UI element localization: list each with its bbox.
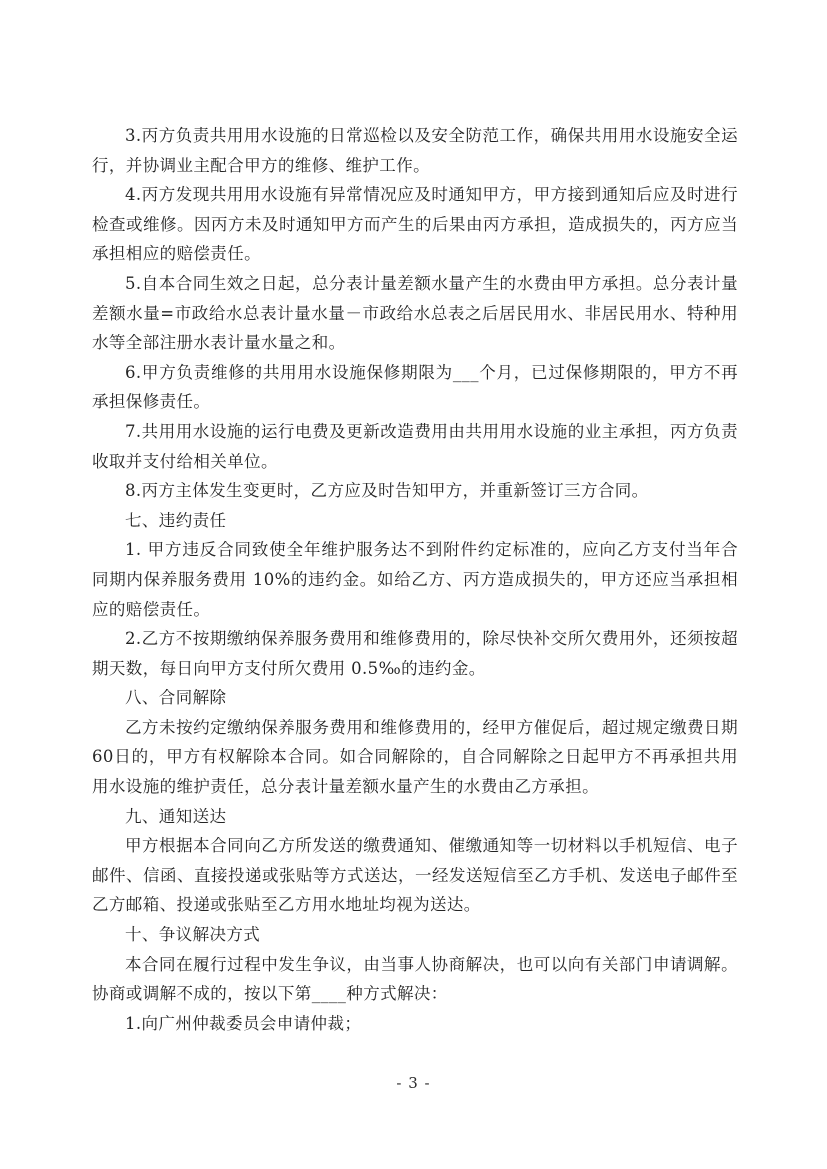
document-page: 3.丙方负责共用用水设施的日常巡检以及安全防范工作，确保共用用水设施安全运行，并… <box>0 0 827 1169</box>
clause-6: 6.甲方负责维修的共用用水设施保修期限为___个月，已过保修期限的，甲方不再承担… <box>92 358 738 417</box>
breach-clause-1: 1. 甲方违反合同致使全年维护服务达不到附件约定标准的，应向乙方支付当年合同期内… <box>92 535 738 624</box>
notice-delivery-paragraph: 甲方根据本合同向乙方所发送的缴费通知、催缴通知等一切材料以手机短信、电子邮件、信… <box>92 831 738 920</box>
clause-4: 4.丙方发现共用用水设施有异常情况应及时通知甲方，甲方接到通知后应及时进行检查或… <box>92 180 738 269</box>
section-heading-7-breach-liability: 七、违约责任 <box>92 506 738 536</box>
termination-paragraph: 乙方未按约定缴纳保养服务费用和维修费用的，经甲方催促后，超过规定缴费日期 60日… <box>92 713 738 802</box>
document-body: 3.丙方负责共用用水设施的日常巡检以及安全防范工作，确保共用用水设施安全运行，并… <box>92 121 738 1038</box>
clause-5: 5.自本合同生效之日起，总分表计量差额水量产生的水费由甲方承担。总分表计量差额水… <box>92 269 738 358</box>
dispute-resolution-paragraph: 本合同在履行过程中发生争议，由当事人协商解决，也可以向有关部门申请调解。协商或调… <box>92 950 738 1009</box>
arbitration-option: 1.向广州仲裁委员会申请仲裁； <box>92 1009 738 1039</box>
clause-3: 3.丙方负责共用用水设施的日常巡检以及安全防范工作，确保共用用水设施安全运行，并… <box>92 121 738 180</box>
clause-7: 7.共用用水设施的运行电费及更新改造费用由共用用水设施的业主承担，丙方负责收取并… <box>92 417 738 476</box>
page-number: - 3 - <box>0 1074 827 1092</box>
section-heading-8-contract-termination: 八、合同解除 <box>92 683 738 713</box>
section-heading-10-dispute-resolution: 十、争议解决方式 <box>92 920 738 950</box>
section-heading-9-notice-delivery: 九、通知送达 <box>92 802 738 832</box>
breach-clause-2: 2.乙方不按期缴纳保养服务费用和维修费用的，除尽快补交所欠费用外，还须按超期天数… <box>92 624 738 683</box>
clause-8: 8.丙方主体发生变更时，乙方应及时告知甲方，并重新签订三方合同。 <box>92 476 738 506</box>
